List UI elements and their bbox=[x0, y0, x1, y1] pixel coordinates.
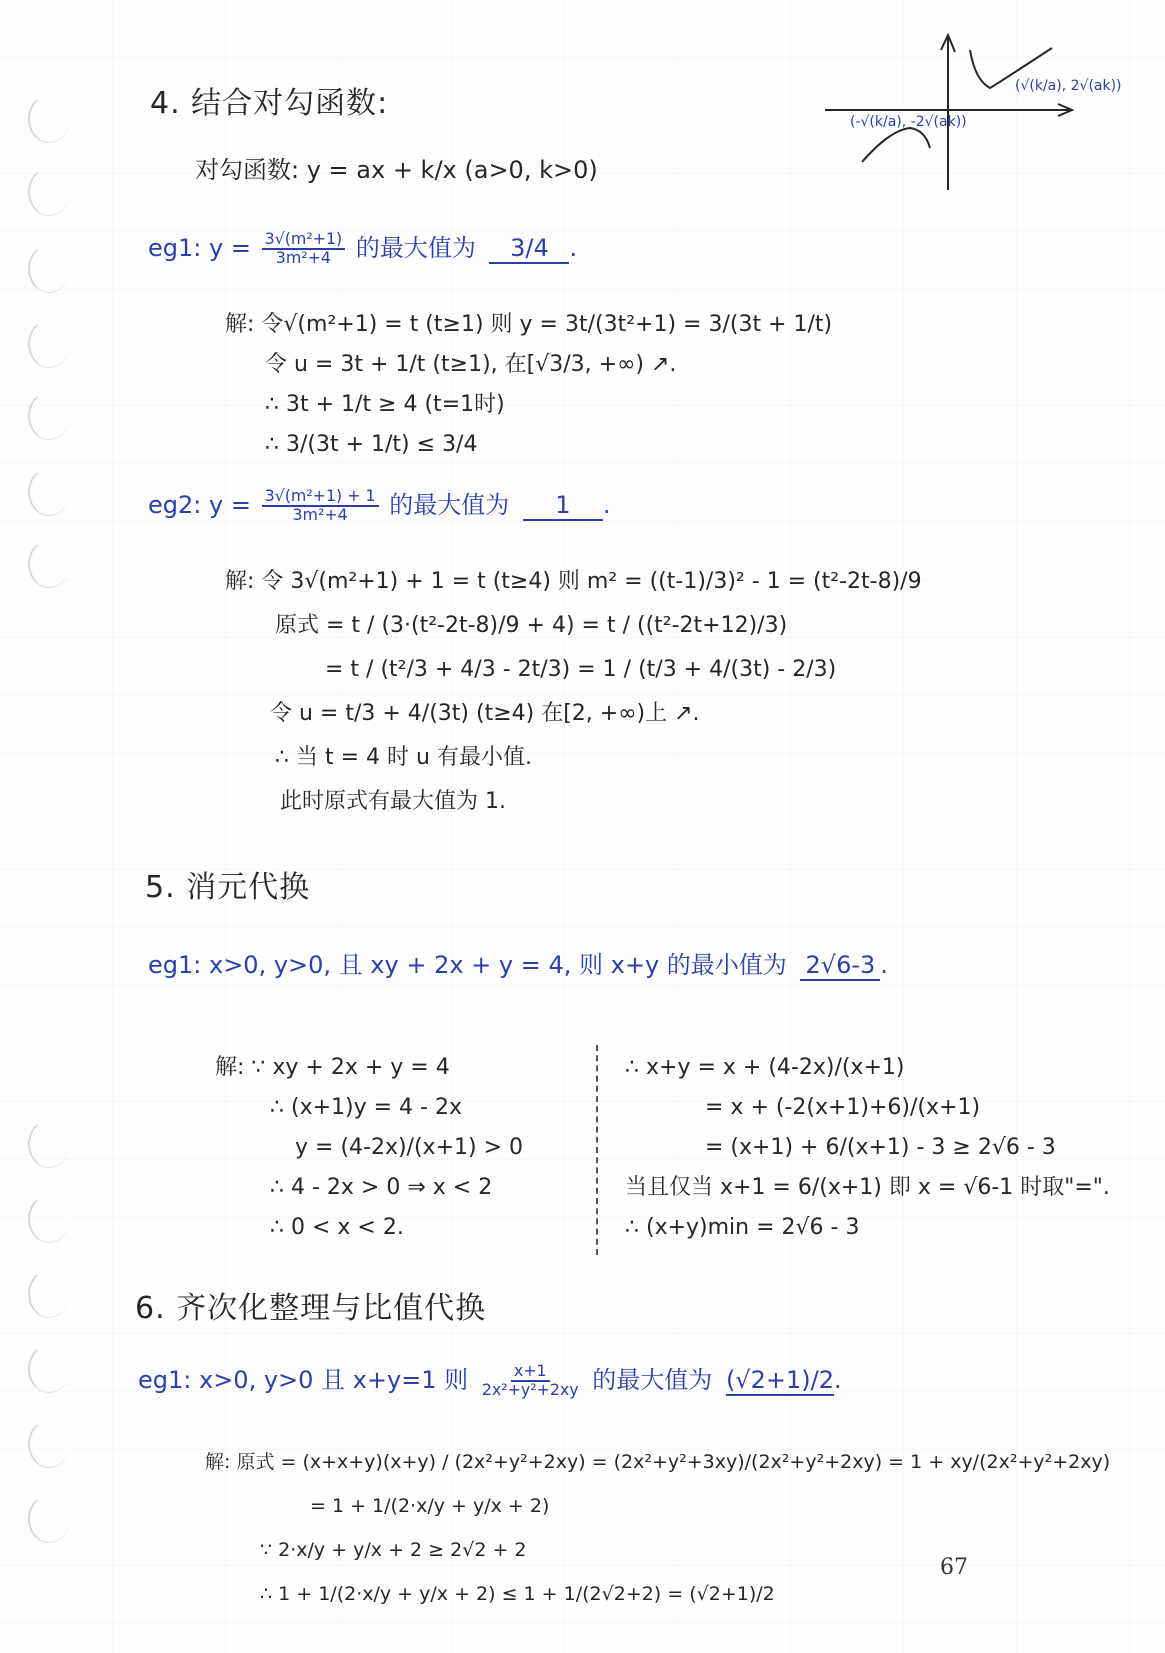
binder-hole bbox=[28, 1195, 70, 1243]
question-text: 的最大值为 bbox=[389, 491, 509, 519]
notebook-page: 4. 结合对勾函数: 对勾函数: y = ax + k/x (a>0, k>0)… bbox=[0, 0, 1165, 1653]
solution-line: ∴ 3/(3t + 1/t) ≤ 3/4 bbox=[225, 425, 832, 465]
solution-line: ∴ 1 + 1/(2·x/y + y/x + 2) ≤ 1 + 1/(2√2+2… bbox=[205, 1572, 1110, 1616]
section-heading-4: 4. 结合对勾函数: bbox=[150, 78, 388, 122]
example-6-1: eg1: x>0, y>0 且 x+y=1 则 x+1 2x²+y²+2xy 的… bbox=[138, 1360, 842, 1399]
expression-fraction: 3√(m²+1) + 1 3m²+4 bbox=[262, 488, 379, 523]
expression-fraction: 3√(m²+1) 3m²+4 bbox=[262, 231, 346, 266]
solution-line: 解: ∵ xy + 2x + y = 4 bbox=[215, 1048, 523, 1088]
binder-hole bbox=[28, 95, 70, 143]
binder-hole bbox=[28, 245, 70, 293]
solution-line: ∴ (x+y)min = 2√6 - 3 bbox=[625, 1208, 1110, 1248]
graph-max-point-label: (-√(k/a), -2√(ak)) bbox=[850, 114, 967, 130]
solution-line: = t / (t²/3 + 4/3 - 2t/3) = 1 / (t/3 + 4… bbox=[225, 648, 922, 692]
solution-4-1: 解: 令√(m²+1) = t (t≥1) 则 y = 3t/(3t²+1) =… bbox=[225, 305, 832, 465]
solution-line: ∴ 当 t = 4 时 u 有最小值. bbox=[225, 736, 922, 780]
solution-line: 令 u = 3t + 1/t (t≥1), 在[√3/3, +∞) ↗. bbox=[225, 345, 832, 385]
example-prefix: eg2: y = bbox=[148, 491, 251, 519]
solution-line: 解: 令 3√(m²+1) + 1 = t (t≥4) 则 m² = ((t-1… bbox=[225, 560, 922, 604]
solution-line: 令 u = t/3 + 4/(3t) (t≥4) 在[2, +∞)上 ↗. bbox=[225, 692, 922, 736]
example-prefix: eg1: x>0, y>0 且 x+y=1 则 bbox=[138, 1366, 468, 1394]
solution-line: 解: 令√(m²+1) = t (t≥1) 则 y = 3t/(3t²+1) =… bbox=[225, 305, 832, 345]
solution-line: 此时原式有最大值为 1. bbox=[225, 780, 922, 824]
binder-hole bbox=[28, 1420, 70, 1468]
binder-hole bbox=[28, 540, 70, 588]
binder-hole bbox=[28, 392, 70, 440]
column-divider bbox=[596, 1045, 598, 1255]
answer-blank: 3/4 bbox=[489, 234, 569, 264]
example-statement: eg1: x>0, y>0, 且 xy + 2x + y = 4, 则 x+y … bbox=[148, 951, 787, 979]
example-4-2: eg2: y = 3√(m²+1) + 1 3m²+4 的最大值为 1. bbox=[148, 485, 611, 524]
section-heading-6: 6. 齐次化整理与比值代换 bbox=[135, 1283, 486, 1327]
solution-line: 当且仅当 x+1 = 6/(x+1) 即 x = √6-1 时取"=". bbox=[625, 1168, 1110, 1208]
solution-line: ∴ x+y = x + (4-2x)/(x+1) bbox=[625, 1048, 1110, 1088]
example-prefix: eg1: y = bbox=[148, 234, 251, 262]
binder-hole bbox=[28, 1270, 70, 1318]
expression-fraction: x+1 2x²+y²+2xy bbox=[479, 1363, 582, 1398]
question-text: 的最大值为 bbox=[592, 1366, 712, 1394]
answer-blank: 1 bbox=[523, 491, 603, 521]
solution-line: ∴ 4 - 2x > 0 ⇒ x < 2 bbox=[215, 1168, 523, 1208]
binder-hole bbox=[28, 168, 70, 216]
answer-blank: (√2+1)/2 bbox=[726, 1366, 834, 1396]
binder-hole bbox=[28, 1120, 70, 1168]
section-heading-5: 5. 消元代换 bbox=[145, 862, 310, 906]
binder-hole bbox=[28, 468, 70, 516]
solution-line: ∴ 3t + 1/t ≥ 4 (t=1时) bbox=[225, 385, 832, 425]
solution-line: y = (4-2x)/(x+1) > 0 bbox=[215, 1128, 523, 1168]
answer-blank: 2√6-3 bbox=[800, 951, 880, 981]
solution-line: = x + (-2(x+1)+6)/(x+1) bbox=[625, 1088, 1110, 1128]
page-number: 67 bbox=[940, 1555, 968, 1580]
example-4-1: eg1: y = 3√(m²+1) 3m²+4 的最大值为 3/4. bbox=[148, 228, 577, 267]
definition-hook-function: 对勾函数: y = ax + k/x (a>0, k>0) bbox=[195, 150, 598, 185]
solution-line: ∵ 2·x/y + y/x + 2 ≥ 2√2 + 2 bbox=[205, 1528, 1110, 1572]
solution-line: ∴ (x+1)y = 4 - 2x bbox=[215, 1088, 523, 1128]
solution-4-2: 解: 令 3√(m²+1) + 1 = t (t≥4) 则 m² = ((t-1… bbox=[225, 560, 922, 824]
binder-hole bbox=[28, 320, 70, 368]
solution-line: = (x+1) + 6/(x+1) - 3 ≥ 2√6 - 3 bbox=[625, 1128, 1110, 1168]
solution-line: = 1 + 1/(2·x/y + y/x + 2) bbox=[205, 1484, 1110, 1528]
solution-5-1-left: 解: ∵ xy + 2x + y = 4 ∴ (x+1)y = 4 - 2x y… bbox=[215, 1048, 523, 1248]
solution-line: 解: 原式 = (x+x+y)(x+y) / (2x²+y²+2xy) = (2… bbox=[205, 1440, 1110, 1484]
example-5-1: eg1: x>0, y>0, 且 xy + 2x + y = 4, 则 x+y … bbox=[148, 945, 888, 981]
binder-hole bbox=[28, 1345, 70, 1393]
solution-6-1: 解: 原式 = (x+x+y)(x+y) / (2x²+y²+2xy) = (2… bbox=[205, 1440, 1110, 1616]
binder-hole bbox=[28, 1495, 70, 1543]
solution-line: ∴ 0 < x < 2. bbox=[215, 1208, 523, 1248]
hook-function-graph: (√(k/a), 2√(ak)) (-√(k/a), -2√(ak)) bbox=[820, 30, 1140, 210]
solution-5-1-right: ∴ x+y = x + (4-2x)/(x+1) = x + (-2(x+1)+… bbox=[625, 1048, 1110, 1248]
graph-min-point-label: (√(k/a), 2√(ak)) bbox=[1015, 78, 1122, 94]
question-text: 的最大值为 bbox=[356, 234, 476, 262]
solution-line: 原式 = t / (3·(t²-2t-8)/9 + 4) = t / ((t²-… bbox=[225, 604, 922, 648]
